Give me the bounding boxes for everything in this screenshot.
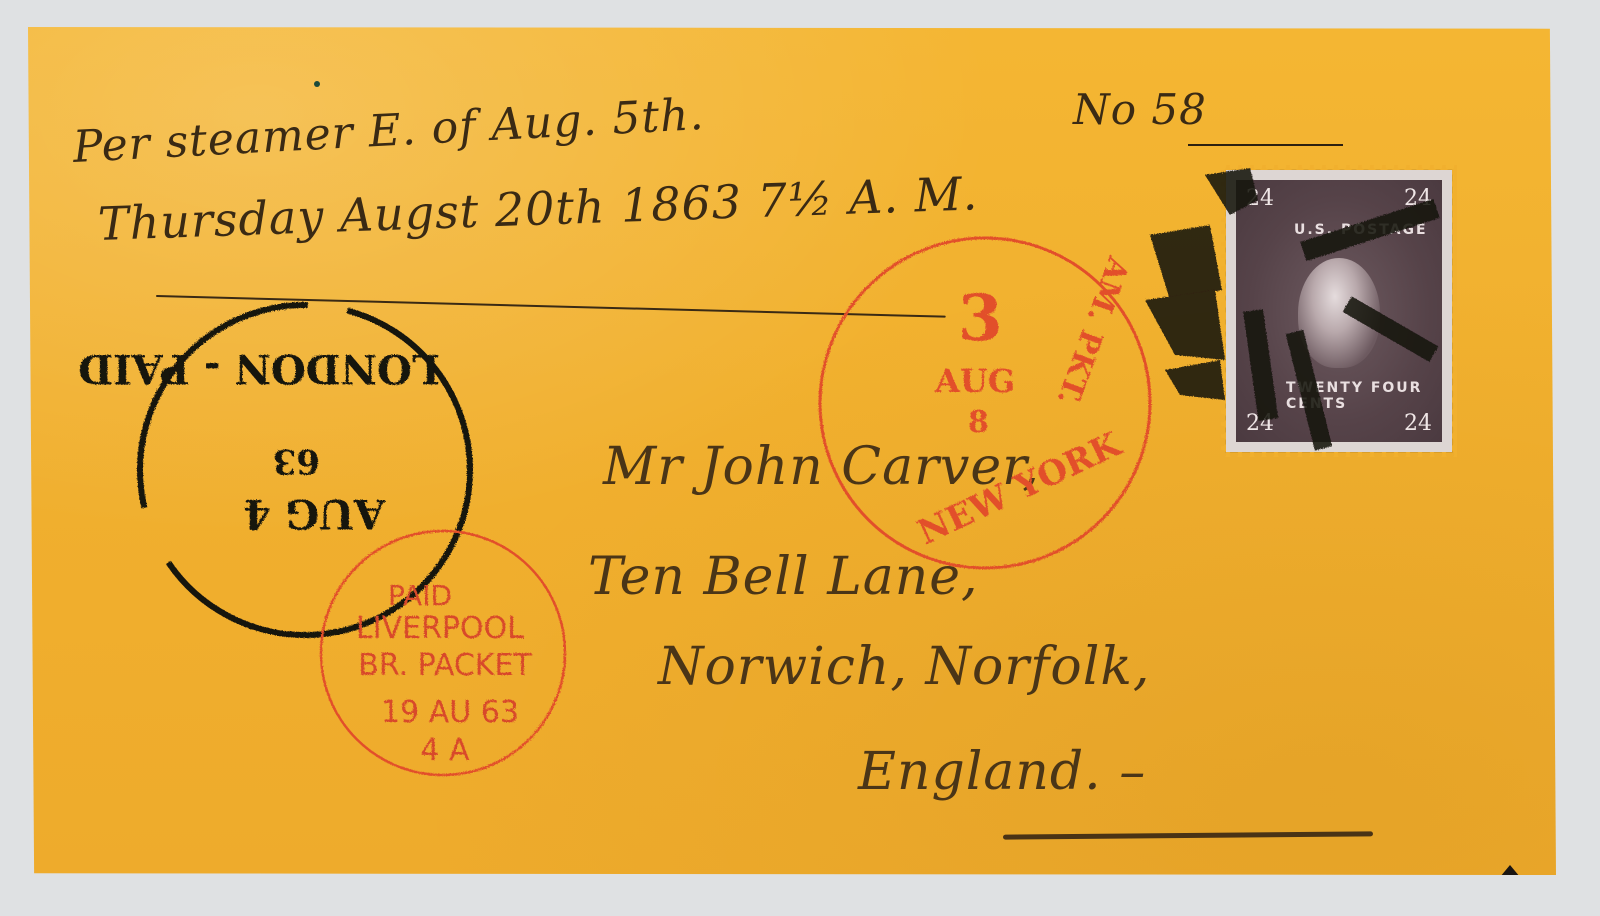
ny-top-text: AM. PKT. xyxy=(1049,251,1135,409)
ny-bottom-text: NEW YORK xyxy=(912,424,1128,553)
new-york-postmark: 3 AUG 8 NEW YORK AM. PKT. xyxy=(820,238,1150,568)
london-date: AUG 4 xyxy=(243,490,386,537)
ny-rate: 3 xyxy=(958,281,1003,356)
liverpool-line-2: LIVERPOOL xyxy=(356,611,524,646)
ny-month: AUG xyxy=(934,362,1015,400)
london-year: 63 xyxy=(273,441,320,481)
grid-cancel xyxy=(1145,168,1440,451)
london-text: LONDON - PAID xyxy=(78,345,440,392)
liverpool-postmark: PAID LIVERPOOL BR. PACKET 19 AU 63 4 A xyxy=(321,531,565,775)
liverpool-line-5: 4 A xyxy=(420,733,470,768)
ny-day: 8 xyxy=(968,405,989,440)
liverpool-line-1: PAID xyxy=(388,579,452,612)
liverpool-line-3: BR. PACKET xyxy=(358,648,532,683)
postmarks-layer: 3 AUG 8 NEW YORK AM. PKT. AUG 4 63 LONDO… xyxy=(0,0,1600,916)
liverpool-line-4: 19 AU 63 xyxy=(381,695,519,730)
